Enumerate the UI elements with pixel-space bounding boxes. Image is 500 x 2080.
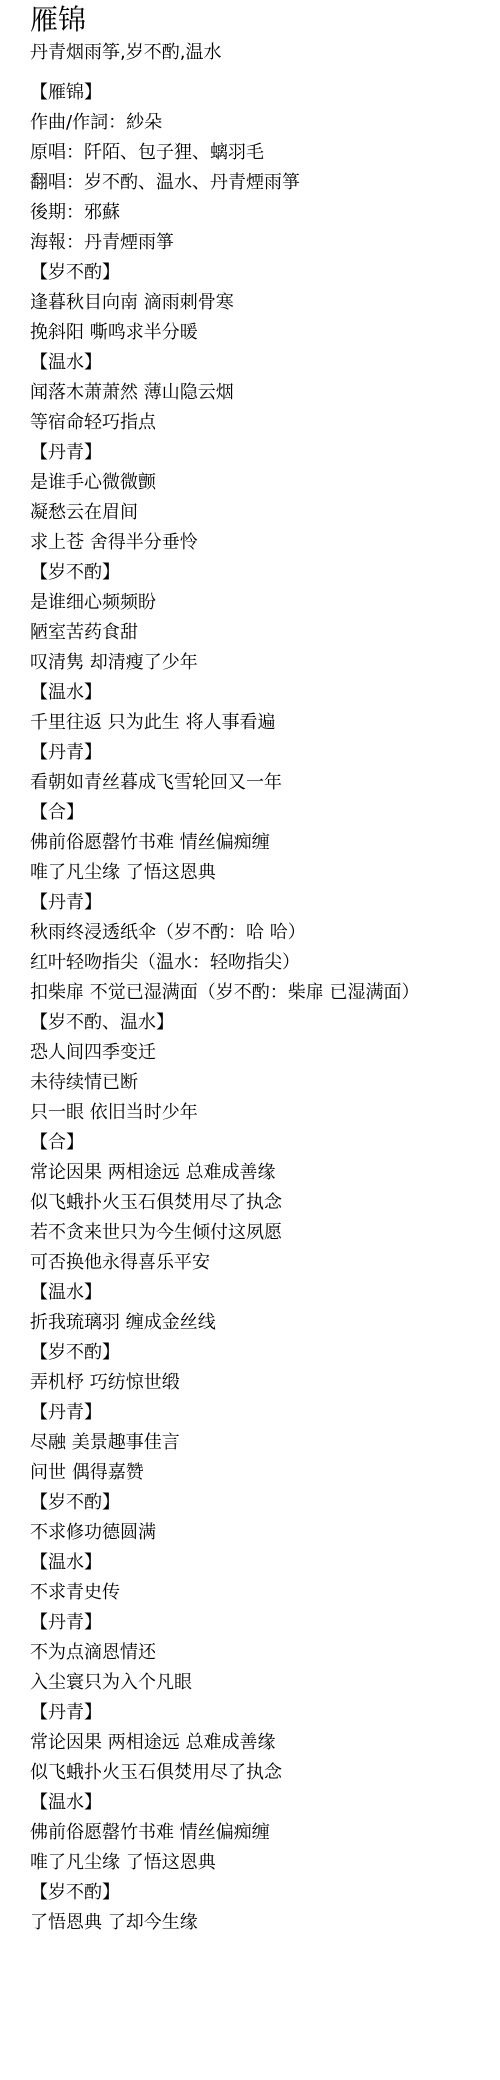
section-header: 【岁不酌】	[30, 1878, 500, 1908]
lyric-line: 弄机杼 巧纺惊世缎	[30, 1368, 500, 1398]
lyric-line: 不求青史传	[30, 1578, 500, 1608]
lyric-line: 了悟恩典 了却今生缘	[30, 1908, 500, 1938]
lyric-line: 似飞蛾扑火玉石俱焚用尽了执念	[30, 1758, 500, 1788]
lyric-line: 只一眼 依旧当时少年	[30, 1098, 500, 1128]
section-header: 【岁不酌】	[30, 558, 500, 588]
lyric-line: 恐人间四季变迁	[30, 1038, 500, 1068]
lyric-line: 挽斜阳 嘶鸣求半分暖	[30, 318, 500, 348]
section-header: 【合】	[30, 1128, 500, 1158]
lyric-line: 唯了凡尘缘 了悟这恩典	[30, 1848, 500, 1878]
lyric-line: 闻落木萧萧然 薄山隐云烟	[30, 378, 500, 408]
lyric-line: 千里往返 只为此生 将人事看遍	[30, 708, 500, 738]
lyric-line: 似飞蛾扑火玉石俱焚用尽了执念	[30, 1188, 500, 1218]
lyric-line: 陋室苦药食甜	[30, 618, 500, 648]
lyric-line: 海報：丹青煙雨箏	[30, 228, 500, 258]
lyric-line: 是谁手心微微颤	[30, 468, 500, 498]
section-header: 【丹青】	[30, 888, 500, 918]
lyric-line: 可否换他永得喜乐平安	[30, 1248, 500, 1278]
section-header: 【丹青】	[30, 1698, 500, 1728]
lyric-line: 常论因果 两相途远 总难成善缘	[30, 1728, 500, 1758]
lyric-line: 常论因果 两相途远 总难成善缘	[30, 1158, 500, 1188]
lyrics-page: 雁锦 丹青烟雨筝,岁不酌,温水 【雁锦】作曲/作詞：紗朵原唱：阡陌、包子狸、螭羽…	[0, 2, 500, 1938]
lyric-line: 佛前俗愿罄竹书难 情丝偏痴缠	[30, 1818, 500, 1848]
lyric-line: 後期：邪蘇	[30, 198, 500, 228]
section-header: 【岁不酌】	[30, 1338, 500, 1368]
lyric-line: 不为点滴恩情还	[30, 1638, 500, 1668]
lyric-line: 折我琉璃羽 缠成金丝线	[30, 1308, 500, 1338]
section-header: 【合】	[30, 798, 500, 828]
song-artists: 丹青烟雨筝,岁不酌,温水	[30, 40, 500, 66]
section-header: 【温水】	[30, 1548, 500, 1578]
lyric-line: 看朝如青丝暮成飞雪轮回又一年	[30, 768, 500, 798]
section-header: 【温水】	[30, 1278, 500, 1308]
section-header: 【丹青】	[30, 738, 500, 768]
section-header: 【温水】	[30, 678, 500, 708]
lyric-line: 未待续情已断	[30, 1068, 500, 1098]
lyric-line: 逢暮秋目向南 滴雨刺骨寒	[30, 288, 500, 318]
lyric-line: 唯了凡尘缘 了悟这恩典	[30, 858, 500, 888]
section-header: 【丹青】	[30, 1608, 500, 1638]
lyrics-list: 【雁锦】作曲/作詞：紗朵原唱：阡陌、包子狸、螭羽毛翻唱：岁不酌、温水、丹青煙雨箏…	[30, 78, 500, 1938]
lyric-line: 等宿命轻巧指点	[30, 408, 500, 438]
lyric-line: 求上苍 舍得半分垂怜	[30, 528, 500, 558]
lyric-line: 原唱：阡陌、包子狸、螭羽毛	[30, 138, 500, 168]
section-header: 【丹青】	[30, 438, 500, 468]
lyric-line: 扣柴扉 不觉已湿满面（岁不酌：柴扉 已湿满面）	[30, 978, 500, 1008]
lyric-line: 作曲/作詞：紗朵	[30, 108, 500, 138]
lyric-line: 是谁细心频频盼	[30, 588, 500, 618]
lyric-line: 凝愁云在眉间	[30, 498, 500, 528]
lyric-line: 问世 偶得嘉赞	[30, 1458, 500, 1488]
lyric-line: 红叶轻吻指尖（温水：轻吻指尖）	[30, 948, 500, 978]
lyric-line: 叹清隽 却清瘦了少年	[30, 648, 500, 678]
song-title: 雁锦	[30, 2, 500, 38]
section-header: 【岁不酌】	[30, 1488, 500, 1518]
section-header: 【温水】	[30, 1788, 500, 1818]
lyric-line: 尽融 美景趣事佳言	[30, 1428, 500, 1458]
lyric-line: 翻唱：岁不酌、温水、丹青煙雨箏	[30, 168, 500, 198]
section-header: 【雁锦】	[30, 78, 500, 108]
section-header: 【岁不酌、温水】	[30, 1008, 500, 1038]
section-header: 【温水】	[30, 348, 500, 378]
lyric-line: 若不贪来世只为今生倾付这夙愿	[30, 1218, 500, 1248]
section-header: 【丹青】	[30, 1398, 500, 1428]
lyric-line: 佛前俗愿罄竹书难 情丝偏痴缠	[30, 828, 500, 858]
lyric-line: 不求修功德圆满	[30, 1518, 500, 1548]
lyric-line: 入尘寰只为入个凡眼	[30, 1668, 500, 1698]
section-header: 【岁不酌】	[30, 258, 500, 288]
lyric-line: 秋雨终浸透纸伞（岁不酌：哈 哈）	[30, 918, 500, 948]
